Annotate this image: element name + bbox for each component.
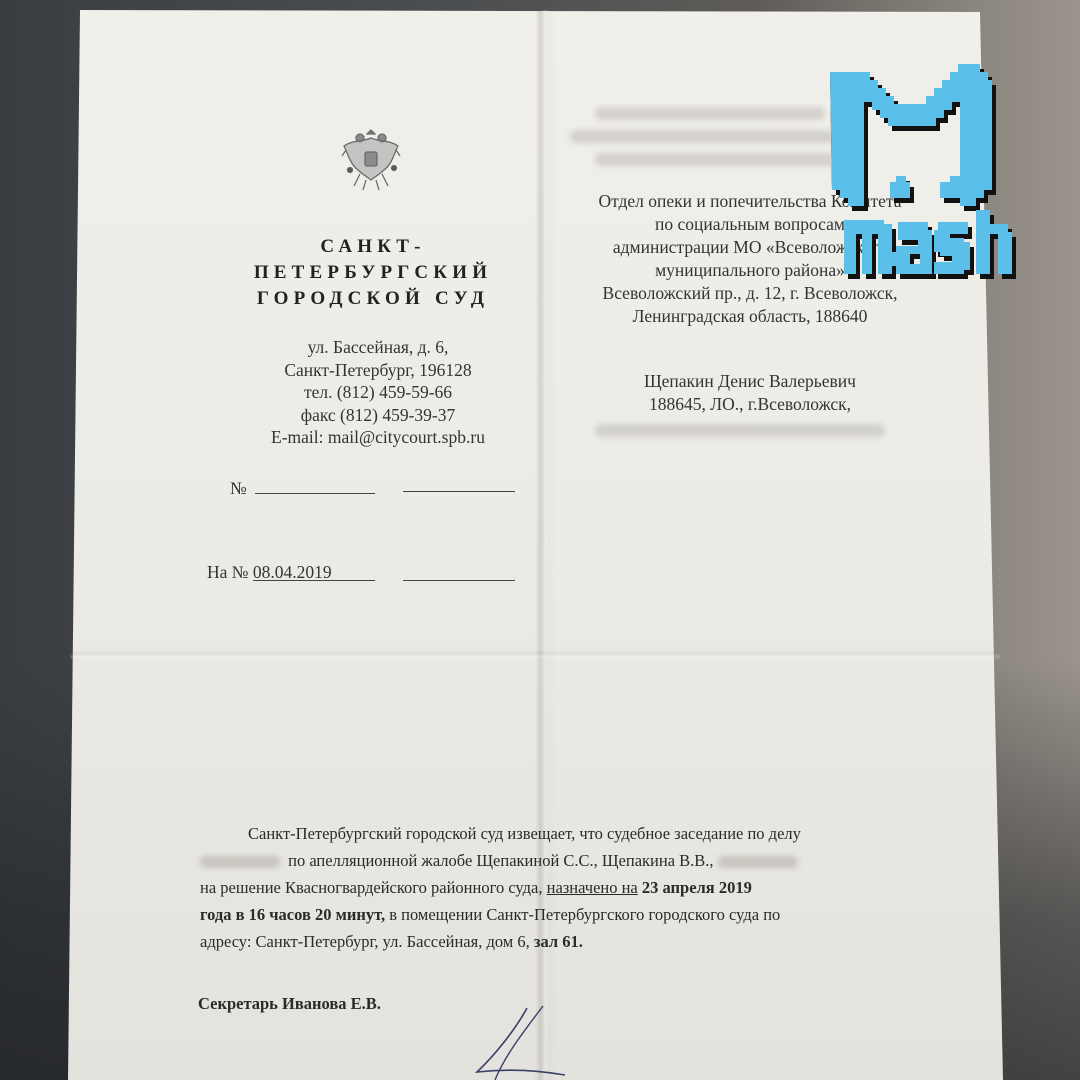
- redacted-line: [595, 107, 825, 120]
- reply-ref-label: На №: [207, 562, 248, 582]
- mash-logo-icon: [822, 60, 1022, 280]
- court-city: Санкт-Петербург, 196128: [218, 359, 538, 382]
- hearing-room: зал 61.: [534, 932, 583, 951]
- court-email: E-mail: mail@citycourt.spb.ru: [218, 426, 538, 449]
- reply-number-line: [253, 580, 375, 581]
- recipient-line: Всеволожский пр., д. 12, г. Всеволожск,: [540, 282, 960, 305]
- court-name-line: ГОРОДСКОЙ СУД: [238, 286, 508, 312]
- court-address: ул. Бассейная, д. 6, Санкт-Петербург, 19…: [218, 336, 538, 449]
- hearing-time: года в 16 часов 20 минут,: [200, 905, 385, 924]
- secretary-signature-label: Секретарь Иванова Е.В.: [198, 994, 381, 1014]
- redacted-case-number: [200, 856, 280, 868]
- russian-coat-of-arms-icon: [338, 124, 404, 196]
- addressee-name: Щепакин Денис Валерьевич: [560, 370, 940, 393]
- notice-line-2: по апелляционной жалобе Щепакиной С.С., …: [200, 847, 798, 874]
- court-street: ул. Бассейная, д. 6,: [218, 336, 538, 359]
- court-name-line: САНКТ-: [238, 234, 508, 260]
- notice-line-4: года в 16 часов 20 минут, в помещении Са…: [200, 901, 780, 928]
- notice-line-5: адресу: Санкт-Петербург, ул. Бассейная, …: [200, 928, 583, 955]
- court-fax: факс (812) 459-39-37: [218, 404, 538, 427]
- notice-line-3: на решение Квасногвардейского районного …: [200, 874, 752, 901]
- redacted-name: [718, 856, 798, 868]
- redacted-addressee-street: [595, 424, 885, 437]
- court-phone: тел. (812) 459-59-66: [218, 381, 538, 404]
- court-name-line: ПЕТЕРБУРГСКИЙ: [238, 260, 508, 286]
- redacted-line: [595, 153, 845, 166]
- addressee-person: Щепакин Денис Валерьевич 188645, ЛО., г.…: [560, 370, 940, 416]
- outgoing-date-line: [403, 491, 515, 492]
- paper-fold-horizontal: [70, 650, 1000, 660]
- addressee-city: 188645, ЛО., г.Всеволожск,: [560, 393, 940, 416]
- reply-ref-value: 08.04.2019: [253, 562, 332, 582]
- recipient-line: Ленинградская область, 188640: [540, 305, 960, 328]
- reply-date-line: [403, 580, 515, 581]
- outgoing-number-line: [255, 493, 375, 494]
- handwritten-signature: [455, 1000, 615, 1080]
- court-name: САНКТ- ПЕТЕРБУРГСКИЙ ГОРОДСКОЙ СУД: [238, 234, 508, 312]
- hearing-date: 23 апреля 2019: [642, 878, 752, 897]
- notice-line-1: Санкт-Петербургский городской суд извеща…: [248, 820, 801, 847]
- redacted-line: [570, 130, 850, 143]
- outgoing-number-label: №: [230, 478, 247, 499]
